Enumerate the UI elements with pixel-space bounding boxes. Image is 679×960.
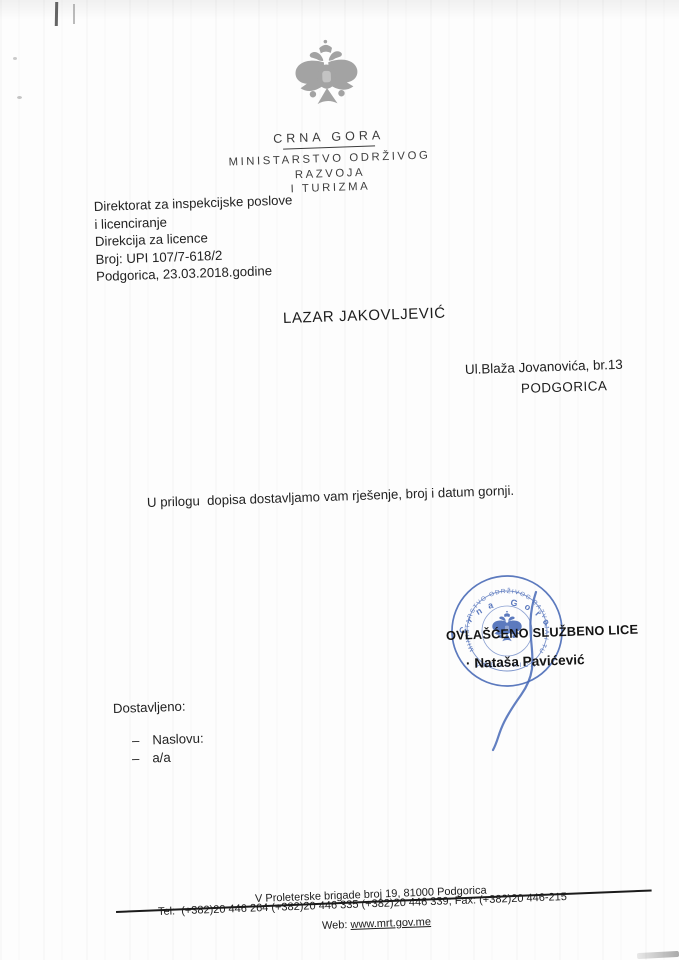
scan-smudge bbox=[637, 951, 679, 959]
body-paragraph: U prilogu dopisa dostavljamo vam rješenj… bbox=[147, 483, 515, 510]
list-dash: – bbox=[132, 733, 140, 748]
signer-name: · Nataša Pavićević bbox=[466, 652, 585, 671]
recipient-address: Ul.Blaža Jovanovića, br.13 bbox=[465, 357, 623, 377]
letterhead-divider bbox=[283, 145, 375, 149]
distribution-item: – a/a bbox=[132, 750, 171, 766]
distribution-item: – Naslovu: bbox=[132, 731, 204, 748]
country-name: CRNA GORA bbox=[219, 126, 439, 148]
scan-speck bbox=[17, 96, 22, 99]
scanned-letter-page: CRNA GORA MINISTARSTVO ODRŽIVOG RAZVOJA … bbox=[0, 0, 679, 960]
coat-of-arms-icon bbox=[289, 37, 364, 119]
footer-web-label: Web: bbox=[322, 919, 348, 932]
sender-block: Direktorat za inspekcijske poslove i lic… bbox=[94, 191, 295, 286]
list-dash: – bbox=[132, 751, 140, 766]
distribution-label: Dostavljeno: bbox=[113, 699, 186, 716]
scan-edge-band bbox=[0, 0, 679, 20]
scan-speck bbox=[13, 57, 17, 60]
letterhead: CRNA GORA MINISTARSTVO ODRŽIVOG RAZVOJA … bbox=[215, 34, 440, 199]
list-item-label: Naslovu: bbox=[152, 731, 204, 748]
list-item-label: a/a bbox=[152, 750, 171, 766]
footer-web: Web: www.mrt.gov.me bbox=[322, 916, 431, 932]
scan-tick-mark bbox=[73, 4, 75, 24]
web-link[interactable]: www.mrt.gov.me bbox=[350, 916, 431, 931]
recipient-city: PODGORICA bbox=[521, 378, 608, 396]
scan-tick-mark bbox=[55, 2, 58, 26]
recipient-name: LAZAR JAKOVLJEVIĆ bbox=[283, 305, 446, 327]
